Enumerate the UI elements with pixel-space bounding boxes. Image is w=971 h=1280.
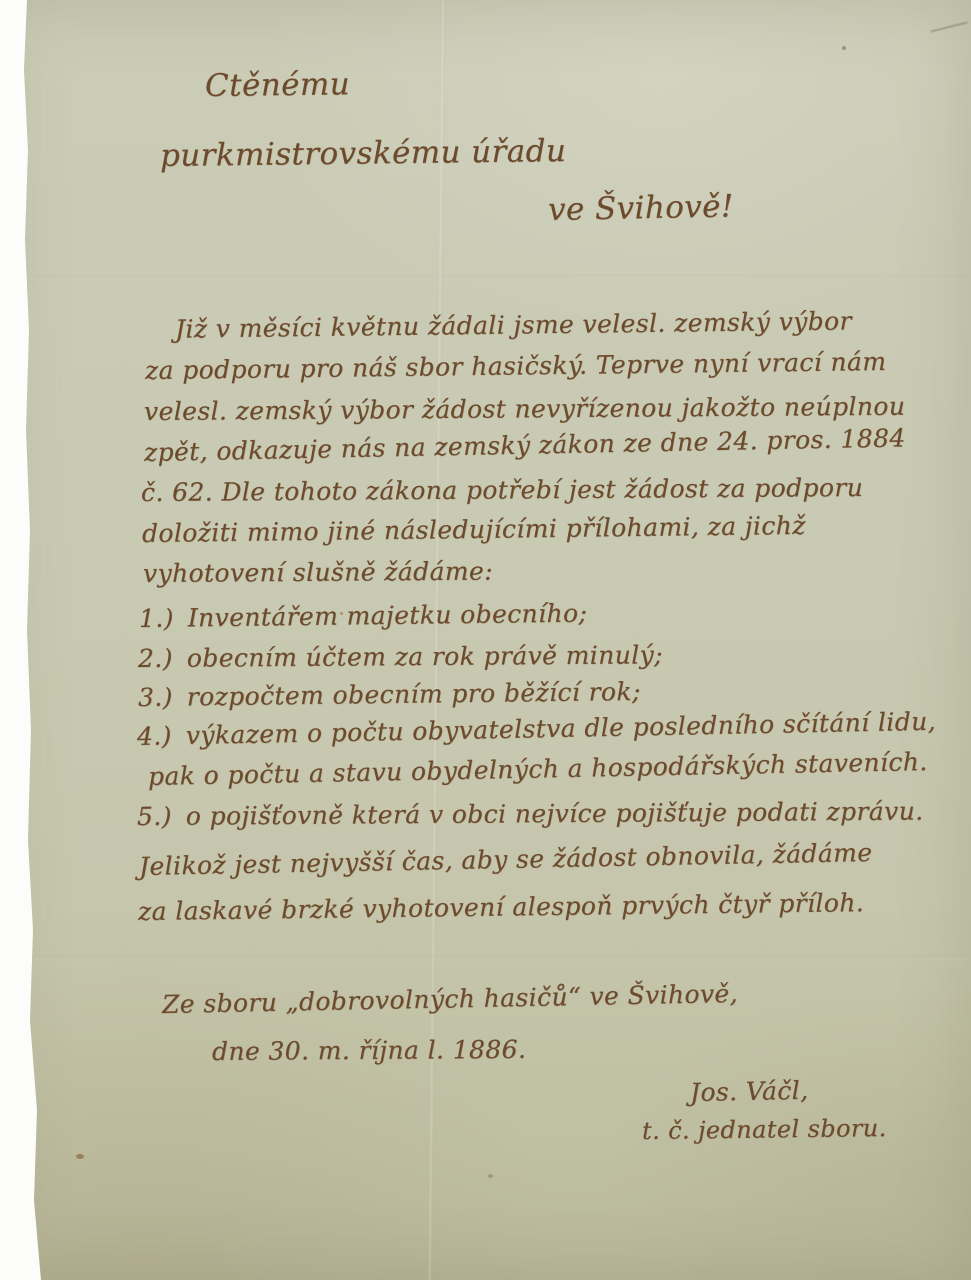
body-line: Jelikož jest nejvyšší čas, aby se žádost… <box>139 838 873 881</box>
horizontal-fold-crease-top <box>28 272 968 275</box>
body-line: vyhotovení slušně žádáme: <box>143 557 493 588</box>
body-line: Již v měsíci květnu žádali jsme velesl. … <box>147 306 852 344</box>
salutation-line: Ctěnému <box>205 66 350 104</box>
list-item-number: 1.) <box>139 604 174 633</box>
list-item-text: obecním účtem za rok právě minulý; <box>187 640 663 672</box>
salutation-place-line: ve Švihově! <box>548 188 734 228</box>
list-item-text: o pojišťovně která v obci nejvíce pojišť… <box>186 797 924 831</box>
list-item: 1.) Inventářem majetku obecního; <box>139 599 588 633</box>
paper-tear-mark <box>930 21 967 32</box>
signature-title: t. č. jednatel sboru. <box>642 1114 887 1145</box>
list-item: 3.) rozpočtem obecním pro běžící rok; <box>138 677 641 712</box>
body-line: za podporu pro náš sbor hasičský. Teprve… <box>145 347 887 385</box>
list-item-continuation: pak o počtu a stavu obydelných a hospodá… <box>148 747 928 791</box>
list-item-text: rozpočtem obecním pro běžící rok; <box>187 677 641 712</box>
horizontal-fold-crease-bottom <box>30 956 968 960</box>
paper-stain <box>488 1174 493 1178</box>
list-item-text: Inventářem majetku obecního; <box>188 599 588 633</box>
body-line: velesl. zemský výbor žádost nevyřízenou … <box>144 392 905 426</box>
list-item-number: 3.) <box>138 683 173 712</box>
body-line: doložiti mimo jiné následujícími příloha… <box>142 511 806 548</box>
vertical-fold-crease <box>427 0 445 1280</box>
closing-line: Ze sboru „dobrovolných hasičů“ ve Švihov… <box>162 979 738 1019</box>
list-item-number: 2.) <box>138 644 173 673</box>
signature-name: Jos. Váčl, <box>690 1076 809 1107</box>
list-item-number: 4.) <box>137 721 172 751</box>
list-item: 5.) o pojišťovně která v obci nejvíce po… <box>137 797 924 831</box>
list-item-number: 5.) <box>137 802 172 831</box>
list-item: 4.) výkazem o počtu obyvatelstva dle pos… <box>137 707 936 751</box>
body-line: č. 62. Dle tohoto zákona potřebí jest žá… <box>141 473 863 507</box>
paper-stain <box>76 1154 84 1159</box>
salutation-line: purkmistrovskému úřadu <box>160 133 567 174</box>
list-item-text: výkazem o počtu obyvatelstva dle posledn… <box>186 707 937 750</box>
paper-stain <box>842 46 846 50</box>
letter-page: Ctěnému purkmistrovskému úřadu ve Švihov… <box>0 0 971 1280</box>
body-line: za laskavé brzké vyhotovení alespoň prvý… <box>138 888 864 926</box>
date-line: dne 30. m. října l. 1886. <box>212 1035 526 1066</box>
list-item: 2.) obecním účtem za rok právě minulý; <box>138 640 663 673</box>
body-line: zpět, odkazuje nás na zemský zákon ze dn… <box>144 423 906 467</box>
